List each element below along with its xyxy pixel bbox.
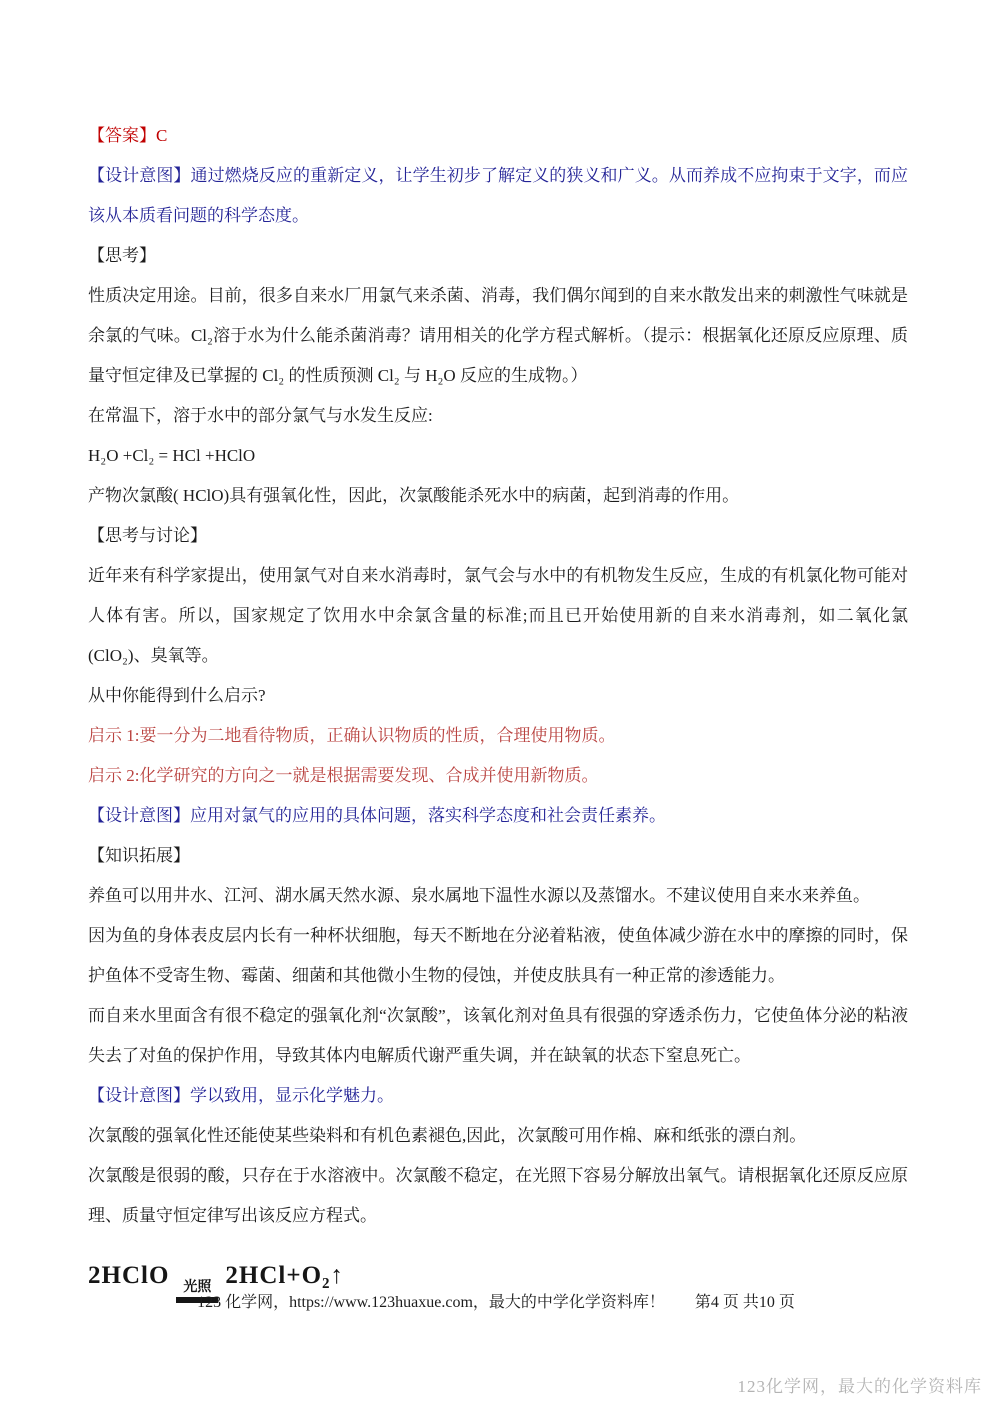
hclo-property-line: 产物次氯酸( HClO)具有强氧化性，因此，次氯酸能杀死水中的病菌，起到消毒的作… (88, 476, 908, 516)
inspiration-question-line: 从中你能得到什么启示? (88, 676, 908, 716)
fish-mucus-paragraph: 因为鱼的身体表皮层内长有一种杯状细胞，每天不断地在分泌着粘液，使鱼体减少游在水中… (88, 916, 908, 996)
hint-1-line: 启示 1:要一分为二地看待物质，正确认识物质的性质，合理使用物质。 (88, 716, 908, 756)
footer-site-text: 123 化学网，https://www.123huaxue.com，最大的中学化… (197, 1294, 665, 1311)
reaction-intro-line: 在常温下，溶于水中的部分氯气与水发生反应: (88, 396, 908, 436)
section-header-think-discuss: 【思考与讨论】 (88, 516, 908, 556)
document-body: 【答案】C 【设计意图】通过燃烧反应的重新定义，让学生初步了解定义的狭义和广义。… (88, 116, 908, 1303)
page-footer: 123 化学网，https://www.123huaxue.com，最大的中学化… (0, 1291, 992, 1315)
design-intent-burning-note: 【设计意图】通过燃烧反应的重新定义，让学生初步了解定义的狭义和广义。从而养成不应… (88, 156, 908, 236)
design-intent-charm-note: 【设计意图】学以致用，显示化学魅力。 (88, 1076, 908, 1116)
watermark-text: 123化学网，最大的化学资料库 (738, 1372, 983, 1397)
page-number-indicator: 第4 页 共10 页 (695, 1294, 795, 1311)
section-header-thinking: 【思考】 (88, 236, 908, 276)
hclo-weak-acid-task-paragraph: 次氯酸是很弱的酸，只存在于水溶液中。次氯酸不稳定，在光照下容易分解放出氧气。请根… (88, 1156, 908, 1236)
answer-line: 【答案】C (88, 116, 908, 156)
document-page: 【答案】C 【设计意图】通过燃烧反应的重新定义，让学生初步了解定义的狭义和广义。… (0, 0, 992, 1403)
tap-water-hclo-harm-paragraph: 而自来水里面含有很不稳定的强氧化剂“次氯酸”，该氧化剂对鱼具有很强的穿透杀伤力，… (88, 996, 908, 1076)
design-intent-application-note: 【设计意图】应用对氯气的应用的具体问题，落实科学态度和社会责任素养。 (88, 796, 908, 836)
chlorine-disinfect-paragraph: 近年来有科学家提出，使用氯气对自来水消毒时，氯气会与水中的有机物发生反应，生成的… (88, 556, 908, 676)
equation-right-side: 2HCl+O₂↑ (225, 1262, 344, 1289)
inline-chemical-equation: H₂O +Cl₂ = HCl +HClO (88, 436, 908, 476)
equation-left-side: 2HClO (88, 1262, 169, 1289)
hclo-bleach-line: 次氯酸的强氧化性还能使某些染料和有机色素褪色,因此，次氯酸可用作棉、麻和纸张的漂… (88, 1116, 908, 1156)
hint-2-line: 启示 2:化学研究的方向之一就是根据需要发现、合成并使用新物质。 (88, 756, 908, 796)
fish-water-sources-line: 养鱼可以用井水、江河、湖水属天然水源、泉水属地下温性水源以及蒸馏水。不建议使用自… (88, 876, 908, 916)
section-header-knowledge-expansion: 【知识拓展】 (88, 836, 908, 876)
thinking-question-paragraph: 性质决定用途。目前，很多自来水厂用氯气来杀菌、消毒，我们偶尔闻到的自来水散发出来… (88, 276, 908, 396)
